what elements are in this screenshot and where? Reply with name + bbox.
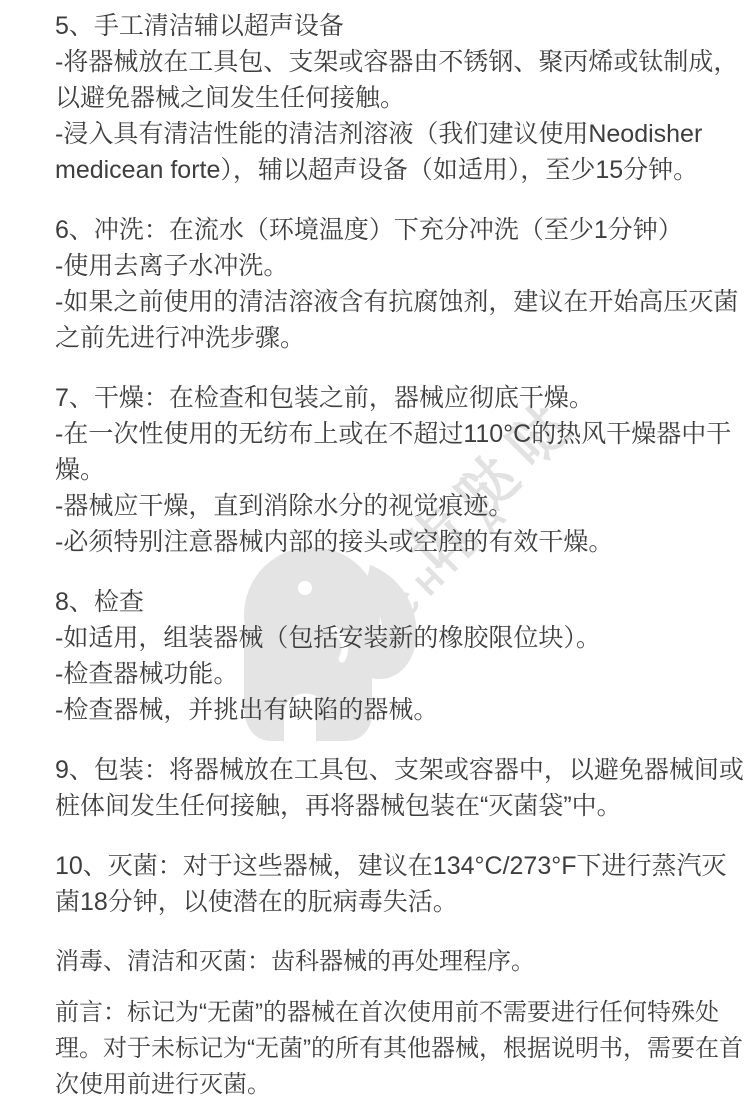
section-step-5: 5、手工清洁辅以超声设备 -将器械放在工具包、支架或容器由不锈钢、聚丙烯或钛制成… xyxy=(55,8,745,188)
step9-paragraph: 9、包装：将器械放在工具包、支架或容器中，以避免器械间或桩体间发生任何接触，再将… xyxy=(55,752,745,824)
step5-para-1: -将器械放在工具包、支架或容器由不锈钢、聚丙烯或钛制成，以避免器械之间发生任何接… xyxy=(55,44,745,116)
step8-heading: 8、检查 xyxy=(55,584,745,620)
step6-para-1: -使用去离子水冲洗。 xyxy=(55,248,745,284)
section-step-6: 6、冲洗：在流水（环境温度）下充分冲洗（至少1分钟） -使用去离子水冲洗。 -如… xyxy=(55,212,745,356)
step8-para-3: -检查器械，并挑出有缺陷的器械。 xyxy=(55,692,745,728)
step6-heading: 6、冲洗：在流水（环境温度）下充分冲洗（至少1分钟） xyxy=(55,212,745,248)
step6-para-2: -如果之前使用的清洁溶液含有抗腐蚀剂，建议在开始高压灭菌之前先进行冲洗步骤。 xyxy=(55,284,745,356)
footer-title: 消毒、清洁和灭菌：齿科器械的再处理程序。 xyxy=(55,944,745,980)
step7-para-3: -必须特别注意器械内部的接头或空腔的有效干燥。 xyxy=(55,524,745,560)
section-step-7: 7、干燥：在检查和包装之前，器械应彻底干燥。 -在一次性使用的无纺布上或在不超过… xyxy=(55,380,745,560)
step7-para-2: -器械应干燥，直到消除水分的视觉痕迹。 xyxy=(55,488,745,524)
section-step-8: 8、检查 -如适用，组装器械（包括安装新的橡胶限位块）。 -检查器械功能。 -检… xyxy=(55,584,745,728)
step5-heading: 5、手工清洁辅以超声设备 xyxy=(55,8,745,44)
section-step-9: 9、包装：将器械放在工具包、支架或容器中，以避免器械间或桩体间发生任何接触，再将… xyxy=(55,752,745,824)
step8-para-1: -如适用，组装器械（包括安装新的橡胶限位块）。 xyxy=(55,620,745,656)
step7-heading: 7、干燥：在检查和包装之前，器械应彻底干燥。 xyxy=(55,380,745,416)
step7-para-1: -在一次性使用的无纺布上或在不超过110°C的热风干燥器中干燥。 xyxy=(55,416,745,488)
step8-para-2: -检查器械功能。 xyxy=(55,656,745,692)
step10-paragraph: 10、灭菌：对于这些器械，建议在134°C/273°F下进行蒸汽灭菌18分钟，以… xyxy=(55,848,745,920)
document-page: 5、手工清洁辅以超声设备 -将器械放在工具包、支架或容器由不锈钢、聚丙烯或钛制成… xyxy=(0,0,750,1103)
section-step-10: 10、灭菌：对于这些器械，建议在134°C/273°F下进行蒸汽灭菌18分钟，以… xyxy=(55,848,745,920)
footer-preface: 前言：标记为“无菌”的器械在首次使用前不需要进行任何特殊处理。对于未标记为“无菌… xyxy=(55,995,750,1103)
step5-para-2: -浸入具有清洁性能的清洁剂溶液（我们建议使用Neodisher medicean… xyxy=(55,116,745,188)
